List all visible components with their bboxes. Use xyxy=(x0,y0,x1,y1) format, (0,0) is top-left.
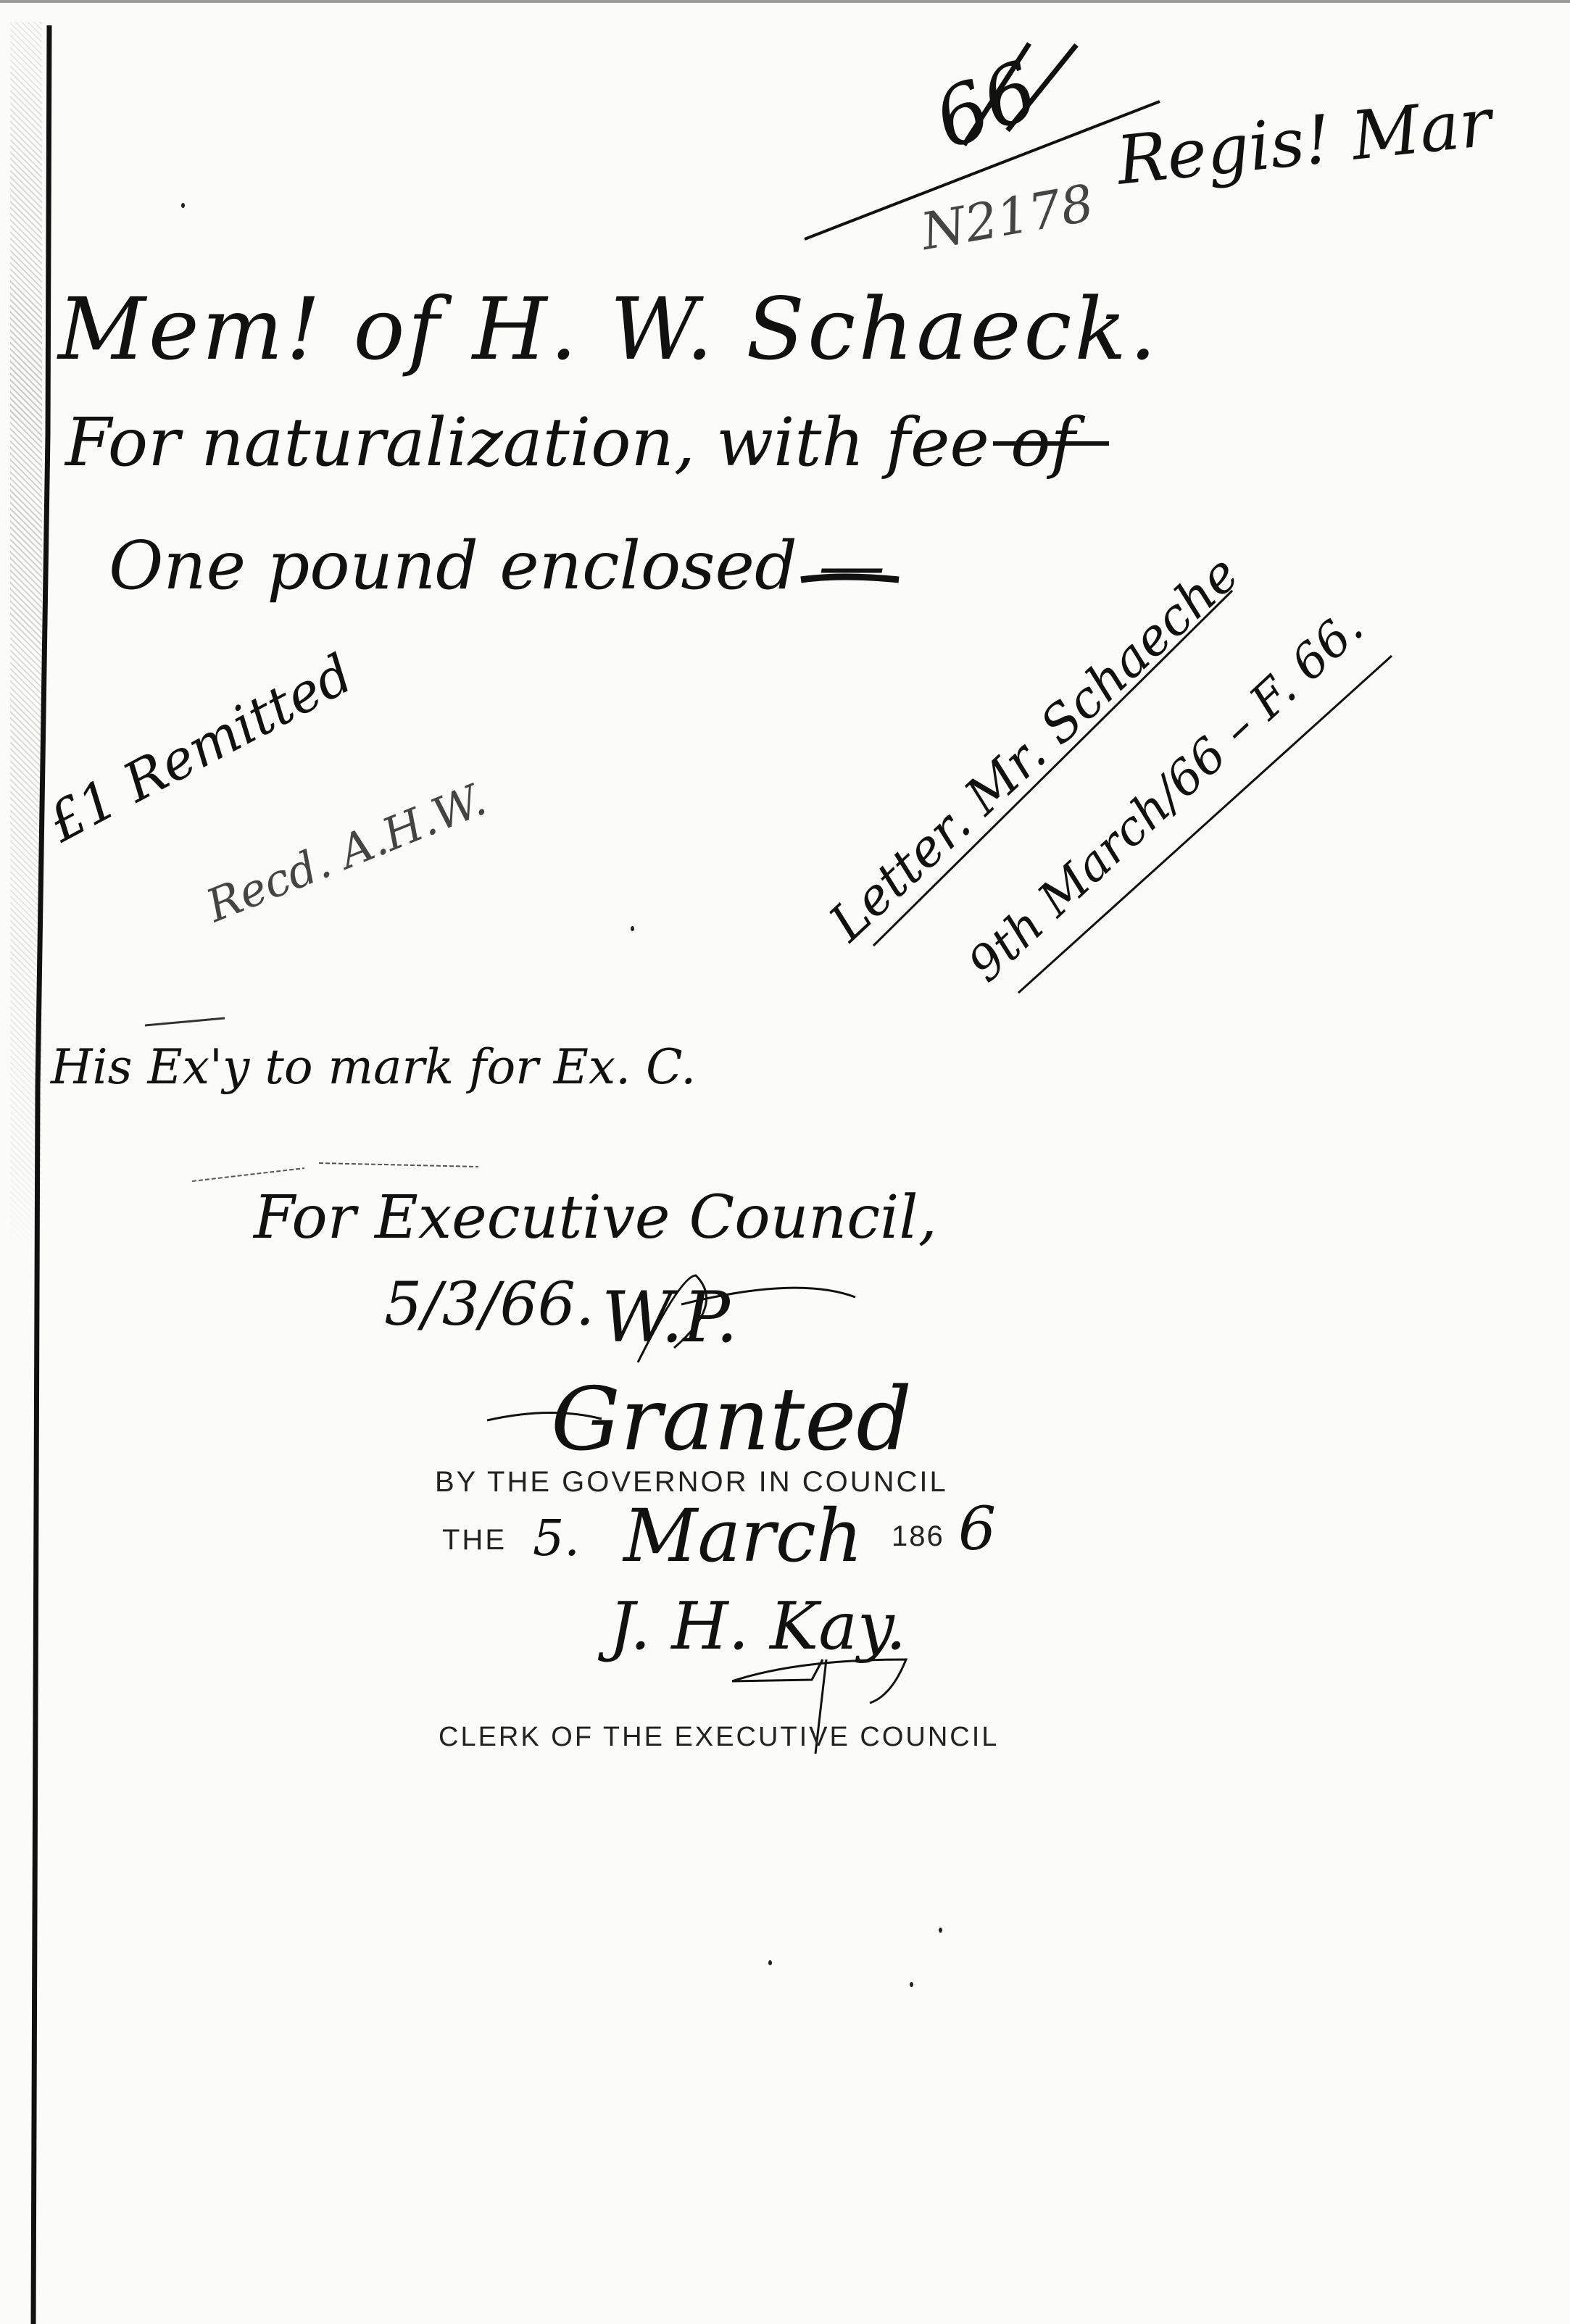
folio-number: 66 xyxy=(923,49,1047,161)
memorial-title: Mem! of H. W. Schaeck. xyxy=(58,286,1160,372)
stamp-governor-in-council: BY THE GOVERNOR IN COUNCIL xyxy=(435,1467,948,1496)
referral-note: His Ex'y to mark for Ex. C. xyxy=(51,1044,696,1091)
fee-remitted-note: £1 Remitted xyxy=(40,646,360,851)
stamp-day: 5. xyxy=(533,1515,580,1564)
ink-blot xyxy=(181,203,185,208)
stamp-the: THE xyxy=(442,1525,507,1554)
received-initials: Recd. A.H.W. xyxy=(201,777,492,929)
page-top-edge xyxy=(0,0,1570,3)
stamp-year-prefix: 186 xyxy=(892,1522,944,1551)
stamp-year-suffix: 6 xyxy=(958,1500,996,1559)
memorial-purpose: For naturalization, with fee of xyxy=(65,409,1076,476)
stamp-month: March xyxy=(623,1500,863,1573)
speck xyxy=(768,1960,772,1965)
register-note: Regis! Mar xyxy=(1114,89,1495,195)
exec-council-date: 5/3/66. xyxy=(384,1275,594,1335)
registration-number: N2178 xyxy=(918,178,1097,258)
speck xyxy=(631,926,634,931)
speck xyxy=(910,1982,913,1987)
exec-council-minute: For Executive Council, xyxy=(254,1188,937,1248)
exec-council-initials: W.P. xyxy=(602,1283,738,1352)
clerk-signature: J. H. Kay. xyxy=(609,1594,906,1659)
granted-status: Granted xyxy=(551,1377,912,1464)
binding-shadow xyxy=(10,22,42,1254)
speck xyxy=(939,1928,942,1933)
document-page: 66 Regis! Mar N2178 Mem! of H. W. Schaec… xyxy=(0,0,1570,2324)
memorial-fee: One pound enclosed — xyxy=(109,533,885,599)
stamp-clerk-title: CLERK OF THE EXECUTIVE COUNCIL xyxy=(439,1723,999,1751)
